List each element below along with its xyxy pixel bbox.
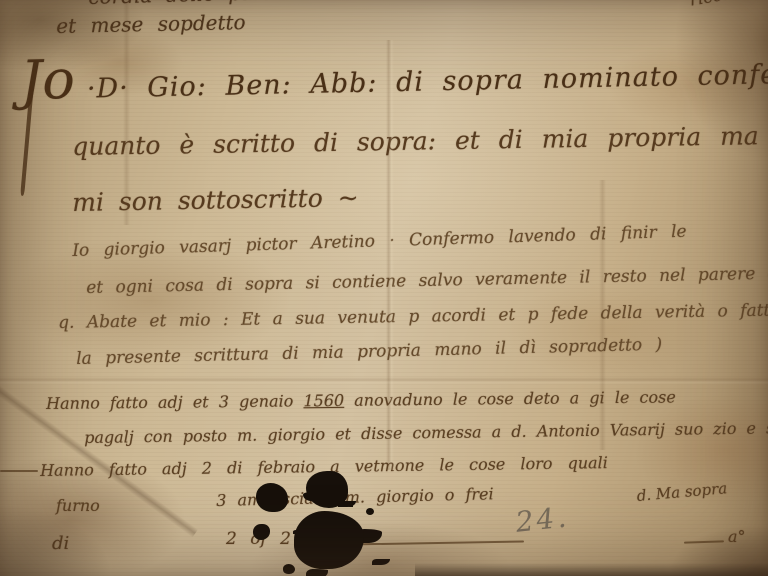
- note-line-1-year: 1560: [303, 391, 344, 410]
- vasari-line-2: et ogni cosa di sopra si contiene salvo …: [86, 263, 768, 298]
- ink-splatter-dot: [366, 508, 374, 515]
- handwriting-line-quanto: quanto è scritto di sopra: et di mia pro…: [72, 121, 768, 161]
- fold-crease-horizontal: [0, 377, 768, 385]
- pen-stroke-dash-right: [684, 540, 724, 543]
- note-line-1-post: anovaduno le cose deto a gi le cose: [344, 387, 676, 409]
- pen-stroke-margin: [0, 470, 38, 472]
- handwriting-line-sopradetto: et mese sopdetto: [56, 10, 246, 38]
- pen-stroke-dash: [346, 540, 524, 545]
- manuscript-photo: cordia delle parti ho scritto la present…: [0, 0, 768, 576]
- ink-blot-large: [294, 511, 364, 569]
- ink-splatter-dot-2: [283, 564, 295, 574]
- heading-line: Jo ·D· Gio: Ben: Abb: di sopra nominato …: [20, 37, 768, 108]
- ink-blot-medium: [306, 471, 348, 508]
- ink-blot-small: [256, 483, 288, 512]
- handwriting-fragment-top-right: ricordat: [688, 0, 760, 11]
- torn-corner-shadow: [0, 506, 110, 576]
- note-line-2: pagalj con posto m. giorgio et disse com…: [84, 418, 768, 447]
- vasari-line-3: q. Abate et mio : Et a sua venuta p acor…: [58, 300, 768, 333]
- note-line-1-pre: Hanno fatto adj et 3 genaio: [46, 391, 304, 413]
- vasari-line-4: la presente scrittura di mia propria man…: [76, 335, 662, 369]
- pencil-number: 24.: [514, 500, 571, 538]
- handwriting-line-sottoscritto: mi son sottoscritto ~: [72, 183, 359, 217]
- bottom-fragment-right: a°: [728, 527, 746, 546]
- signature-fragment-right: d. Ma sopra: [636, 479, 728, 505]
- bottom-edge-shadow: [415, 563, 768, 576]
- vasari-line-1: Io giorgio vasarj pictor Aretino · Confe…: [72, 222, 687, 261]
- note-line-1: Hanno fatto adj et 3 genaio 1560 anovadu…: [46, 387, 676, 413]
- heading-text: ·D· Gio: Ben: Abb: di sopra nominato con…: [87, 58, 768, 105]
- handwriting-line-top: cordia delle parti ho scritto la present…: [88, 0, 725, 9]
